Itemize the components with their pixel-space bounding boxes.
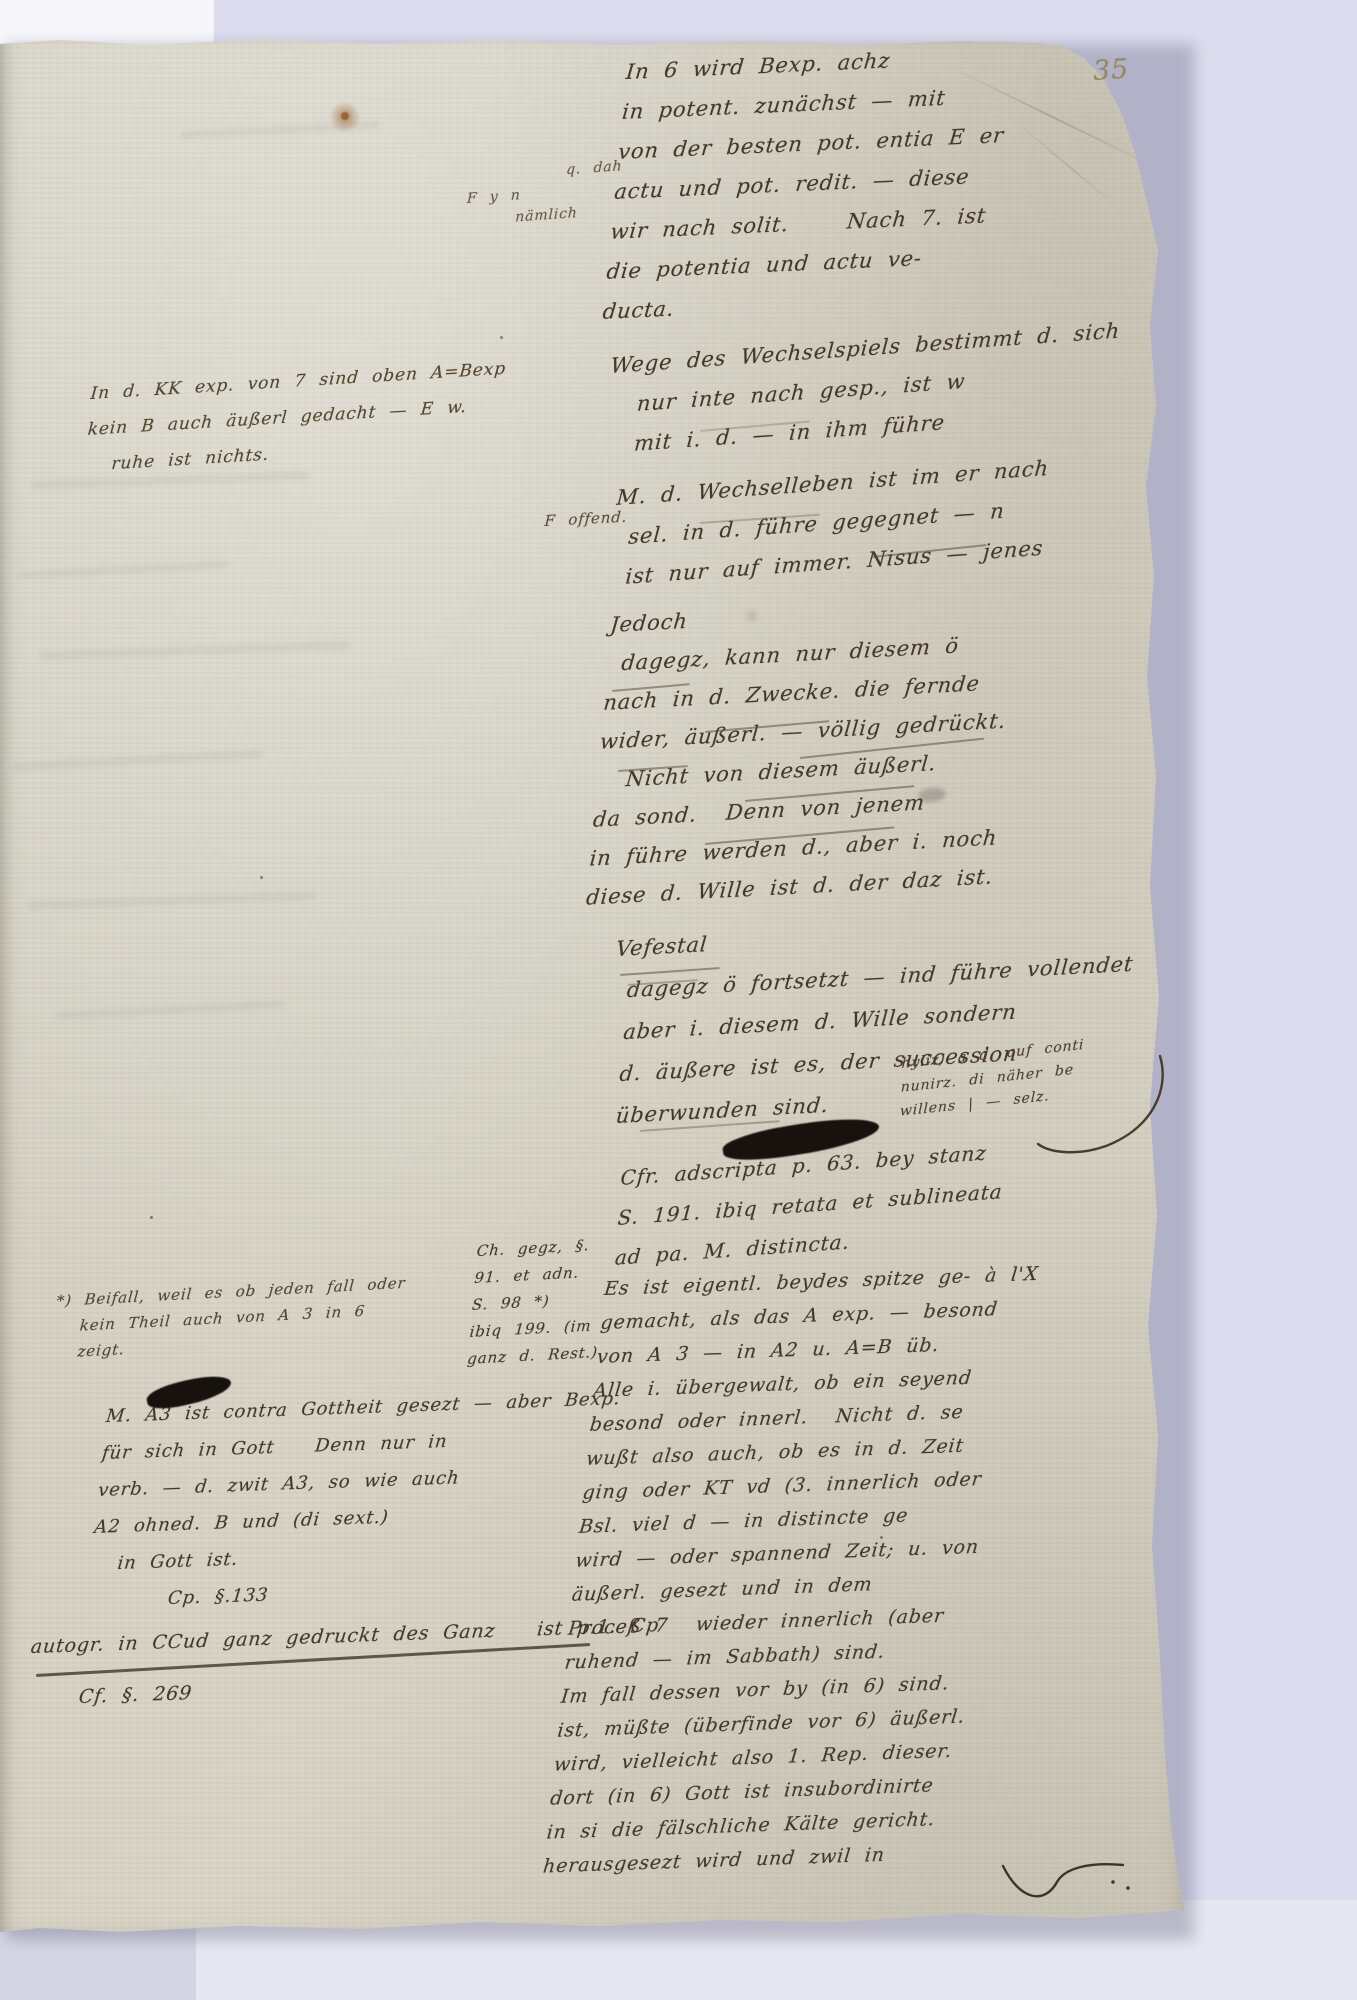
- paper-speck: [150, 1216, 153, 1219]
- end-flourish: [995, 1852, 1145, 1912]
- citation-margin-note: Ch. gegz, §.91. et adn.S. 98 *)ibiq 199.…: [466, 1231, 608, 1373]
- show-through-mark: [55, 1000, 285, 1020]
- handwriting-block-right-4: Jedoch dagegz, kann nur diesem önach in …: [585, 578, 1156, 918]
- foxing-stain-center: [341, 112, 349, 120]
- margin-note-fyn: q. dahF y n nämlich: [466, 155, 623, 232]
- show-through-mark: [40, 641, 350, 661]
- show-through-mark: [18, 561, 228, 580]
- bracket-flourish: [1010, 1048, 1170, 1158]
- backing-sheet-top: [0, 0, 214, 46]
- show-through-mark: [28, 891, 318, 910]
- citation-line-269: Cf. §. 269: [78, 1682, 194, 1708]
- handwriting-block-right-7: Es ist eigentl. beydes spitze ge- à l'Xg…: [541, 1253, 1148, 1883]
- handwriting-block-left-2: M. A3 ist contra Gottheit gesezt — aber …: [85, 1382, 580, 1620]
- paper-speck: [260, 876, 263, 879]
- show-through-mark: [12, 749, 262, 771]
- show-through-mark: [180, 121, 380, 139]
- paper-speck: [500, 336, 503, 339]
- manuscript-scan: 35 In 6 wird Bexp. achzin potent. zunäch…: [0, 0, 1357, 2000]
- handwriting-block-right-1: In 6 wird Bexp. achzin potent. zunächst …: [601, 29, 1151, 331]
